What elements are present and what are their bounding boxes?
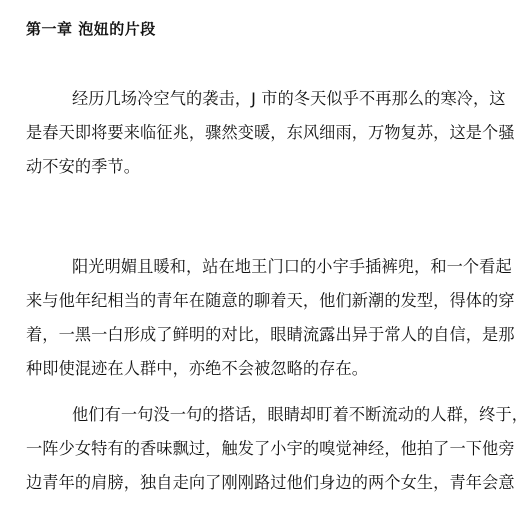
paragraph-line: 经历几场冷空气的袭击，J 市的冬天似乎不再那么的寒冷，这 bbox=[26, 82, 502, 116]
paragraph-1: 经历几场冷空气的袭击，J 市的冬天似乎不再那么的寒冷，这 是春天即将要来临征兆，… bbox=[26, 82, 502, 184]
paragraph-2: 阳光明媚且暖和，站在地王门口的小宇手插裤兜，和一个看起 来与他年纪相当的青年在随… bbox=[26, 250, 502, 386]
paragraph-line: 动不安的季节。 bbox=[26, 150, 502, 184]
paragraph-line: 种即使混迹在人群中，亦绝不会被忽略的存在。 bbox=[26, 352, 502, 386]
paragraph-line: 边青年的肩膀，独自走向了刚刚路过他们身边的两个女生，青年会意 bbox=[26, 466, 502, 500]
paragraph-line: 一阵少女特有的香味飘过，触发了小宇的嗅觉神经，他拍了一下他旁 bbox=[26, 432, 502, 466]
paragraph-line: 是春天即将要来临征兆，骤然变暖，东风细雨，万物复苏，这是个骚 bbox=[26, 116, 502, 150]
paragraph-3: 他们有一句没一句的搭话，眼睛却盯着不断流动的人群，终于， 一阵少女特有的香味飘过… bbox=[26, 398, 502, 500]
chapter-title: 第一章 泡妞的片段 bbox=[26, 18, 156, 39]
paragraph-line: 着，一黑一白形成了鲜明的对比，眼睛流露出异于常人的自信，是那 bbox=[26, 318, 502, 352]
paragraph-line: 他们有一句没一句的搭话，眼睛却盯着不断流动的人群，终于， bbox=[26, 398, 502, 432]
paragraph-line: 阳光明媚且暖和，站在地王门口的小宇手插裤兜，和一个看起 bbox=[26, 250, 502, 284]
paragraph-line: 来与他年纪相当的青年在随意的聊着天，他们新潮的发型，得体的穿 bbox=[26, 284, 502, 318]
